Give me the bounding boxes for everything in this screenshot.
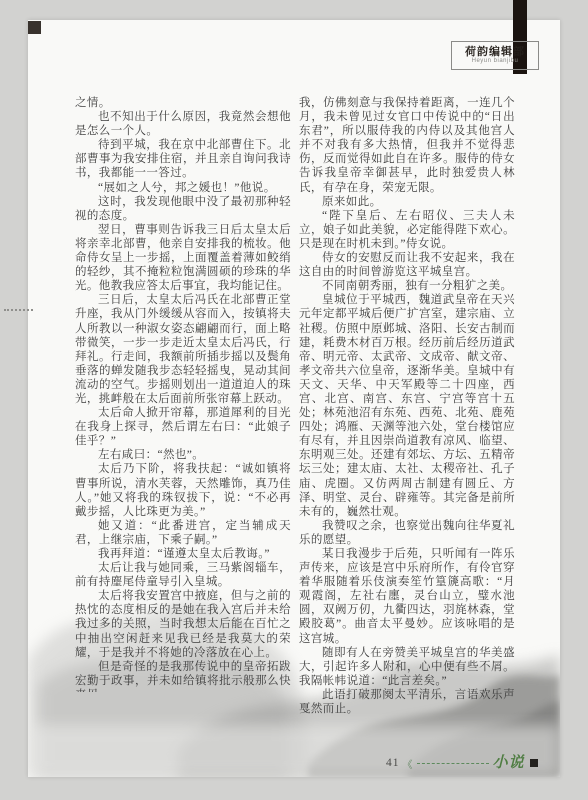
paragraph: 但是奇怪的是我那传说中的皇帝拓跋宏勤于政事，并未如给镇将批示般那么快来见 [75, 660, 291, 692]
paragraph: 也不知出于什么原因，我竟然会想他是怎么一个人。 [75, 110, 291, 138]
right-text-column: 我，仿佛刻意与我保持着距离，一连几个月，我未曾见过女官口中传说中的“日出东君”，… [299, 96, 515, 718]
paragraph: 我，仿佛刻意与我保持着距离，一连几个月，我未曾见过女官口中传说中的“日出东君”，… [299, 96, 515, 195]
paragraph: 她又道：“此番进宫，定当辅成天君，上继宗庙，下乘子嗣。” [75, 519, 291, 547]
paragraph: 三日后，太皇太后冯氏在北部曹正堂升座，我从门外缓缓从容而入，按镇将夫人所教以一种… [75, 293, 291, 406]
department-label-box: 荷韵编辑部 Heyun bianjibu [451, 41, 539, 70]
paragraph: 我赞叹之余，也察觉出魏向往华夏礼乐的愿望。 [299, 519, 515, 547]
guillemet-mark: 《 [403, 756, 413, 771]
paragraph: “陛下皇后、左右昭仪、三夫人未立，娘子如此美貌，必定能得陛下欢心。只是现在时机未… [299, 209, 515, 251]
department-pinyin: Heyun bianjibu [472, 58, 519, 65]
magazine-logo: 小说 [493, 756, 525, 771]
footer-dashed-rule [417, 763, 489, 764]
paragraph: 待到平城，我在京中北部曹住下。北部曹事为我安排住宿，并且亲自询问我诗书，我都能一… [75, 138, 291, 180]
paragraph: 太后乃下阶，将我扶起：“诚如镇将曹事所说，清水芙蓉，天然雕饰，真乃佳人。”她又将… [75, 462, 291, 518]
paragraph: 侍女的安慰反而让我不安起来，我在这自由的时间曾游览这平城皇宫。 [299, 251, 515, 279]
left-text-column: 之情。也不知出于什么原因，我竟然会想他是怎么一个人。待到平城，我在京中北部曹住下… [75, 96, 291, 692]
paragraph: 太后命人掀开帘幕，那道犀利的目光在我身上探寻，然后谓左右曰：“此娘子佳乎？” [75, 406, 291, 448]
page-number: 41 [386, 757, 400, 769]
paragraph: 这时，我发现他眼中没了最初那种轻视的态度。 [75, 195, 291, 223]
logo-square-icon [530, 759, 538, 767]
corner-mark [28, 21, 41, 34]
paragraph: 我再拜道：“谨遵太皇太后教诲。” [75, 547, 291, 561]
paragraph: “展如之人兮，邦之媛也！”他说。 [75, 181, 291, 195]
paragraph: 此语打破那阕太平清乐，言语欢乐声戛然而止。 [299, 688, 515, 716]
department-label: 荷韵编辑部 [465, 46, 525, 58]
paragraph: 之情。 [75, 96, 291, 110]
paragraph: 太后让我与她同乘，三马紫阁辎车，前有持麈尾侍童导引入皇城。 [75, 561, 291, 589]
paragraph: 原来如此。 [299, 195, 515, 209]
page-footer: 41 《 小说 [386, 755, 538, 771]
paragraph: 太后将我安置宫中掖庭，但与之前的热忱的态度相反的是她在我入宫后并未给我过多的关照… [75, 589, 291, 659]
paragraph: 某日我漫步于后苑，只听闻有一阵乐声传来，应该是宫中乐府所作，有伶官穿着华服随着乐… [299, 547, 515, 646]
paragraph: 左右咸曰：“然也”。 [75, 448, 291, 462]
paragraph: 不同南朝秀丽，独有一分粗犷之美。 [299, 279, 515, 293]
paragraph: 翌日，曹事则告诉我三日后太皇太后将亲幸北部曹，他亲自安排我的梳妆。他命侍女呈上一… [75, 223, 291, 293]
paragraph: 随即有人在旁赞美平城皇宫的华美盛大，引起许多人附和，心中便有些不屑。我隔帐帏说道… [299, 646, 515, 688]
margin-dotted-line [4, 309, 33, 311]
paragraph: 皇城位于平城西，魏道武皇帝在天兴元年定都平城后便广扩宫室，建宗庙、立社稷。仿照中… [299, 293, 515, 519]
